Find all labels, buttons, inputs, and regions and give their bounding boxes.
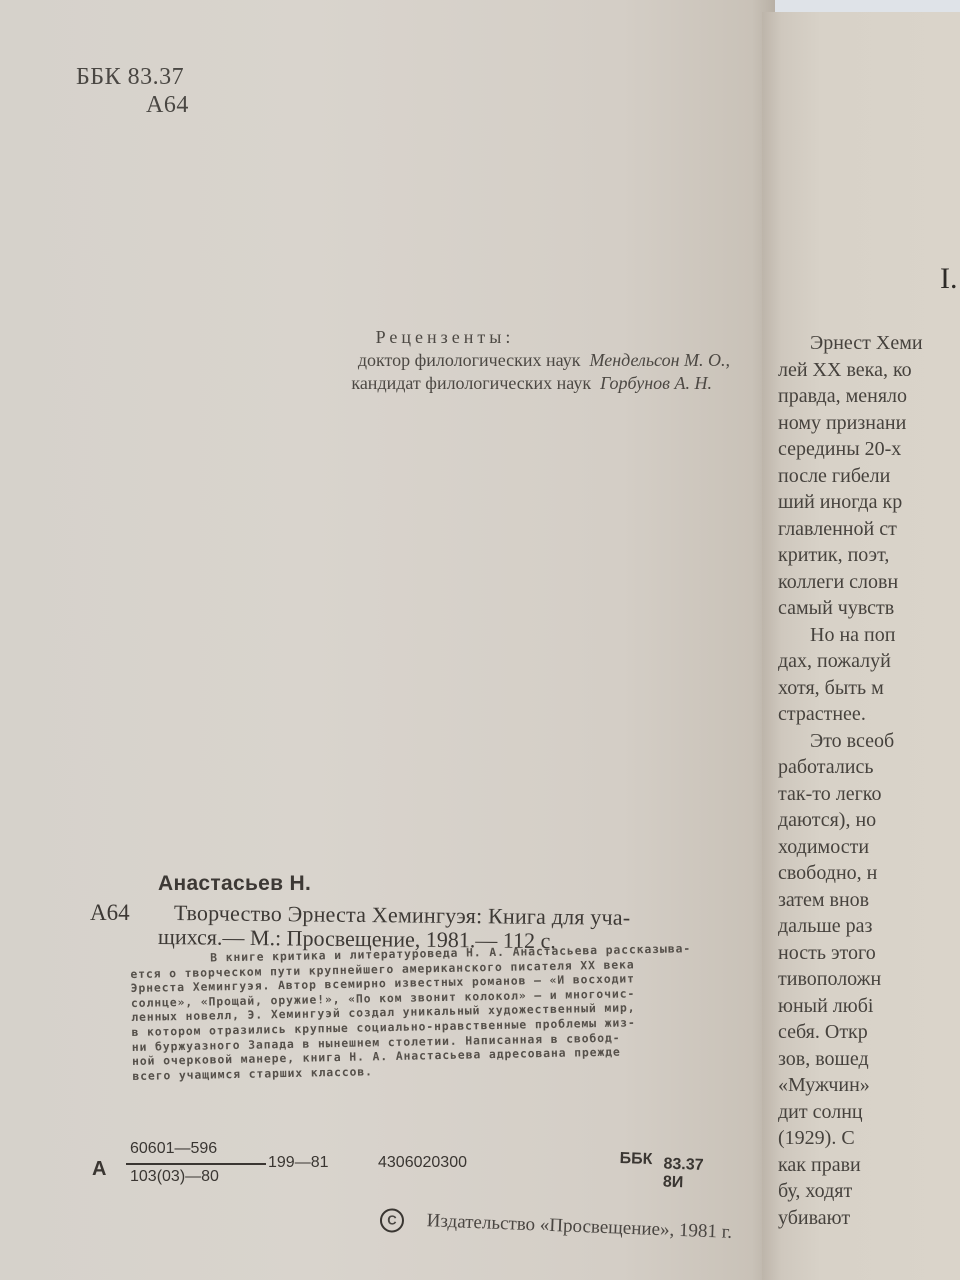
body-line: ший иногда кр	[778, 489, 923, 516]
body-line: даются), но	[778, 807, 923, 834]
reviewer-title: доктор филологических наук	[358, 350, 581, 370]
bbk-classification-top: ББК 83.37 А64	[76, 64, 184, 90]
copyright-line: C Издательство «Просвещение», 1981 г.	[380, 1208, 733, 1246]
bbk-value: 83.37	[663, 1156, 704, 1175]
body-line: самый чувств	[778, 595, 923, 622]
body-line: Но на поп	[778, 622, 923, 649]
bbk-value-secondary: 8И	[663, 1174, 684, 1193]
body-line: зов, вошед	[778, 1046, 923, 1073]
body-line: себя. Откр	[778, 1019, 923, 1046]
body-line: страстнее.	[778, 701, 923, 728]
reviewer-name: Мендельсон М. О.,	[589, 350, 730, 370]
isbn-number: 4306020300	[378, 1154, 467, 1172]
right-page: I. « Эрнест Хеми лей XX века, ко правда,…	[762, 12, 960, 1280]
author-code: А64	[146, 92, 189, 118]
index-denominator: 103(03)—80	[130, 1168, 219, 1186]
body-line: дах, пожалуй	[778, 648, 923, 675]
copyright-icon: C	[380, 1208, 405, 1233]
index-tail: 199—81	[268, 1154, 329, 1172]
body-line: Это всеоб	[778, 728, 923, 755]
reviewer-name: Горбунов А. Н.	[600, 373, 712, 393]
reviewer-line: доктор филологических наук Мендельсон М.…	[160, 349, 730, 372]
body-line: свободно, н	[778, 860, 923, 887]
body-line: ходимости	[778, 834, 923, 861]
card-code: А64	[90, 900, 130, 926]
card-annotation: В книге критика и литературоведа Н. А. А…	[130, 939, 822, 1084]
body-line: дальше раз	[778, 913, 923, 940]
body-line: хотя, быть м	[778, 675, 923, 702]
body-line: лей XX века, ко	[778, 357, 923, 384]
body-line: Эрнест Хеми	[778, 330, 923, 357]
body-line: бу, ходят	[778, 1178, 923, 1205]
body-line: «Мужчин»	[778, 1072, 923, 1099]
chapter-heading: I. «	[940, 262, 960, 296]
body-line: ному признани	[778, 410, 923, 437]
body-line: середины 20-х	[778, 436, 923, 463]
copyright-text: Издательство «Просвещение», 1981 г.	[426, 1210, 732, 1243]
body-line: после гибели	[778, 463, 923, 490]
body-line: дит солнц	[778, 1099, 923, 1126]
body-line: правда, меняло	[778, 383, 923, 410]
body-line: тивоположн	[778, 966, 923, 993]
body-line: убивают	[778, 1205, 923, 1232]
index-numerator: 60601—596	[130, 1140, 217, 1158]
body-line: затем внов	[778, 887, 923, 914]
bbk-label: ББК	[619, 1150, 652, 1169]
body-line: так-то легко	[778, 781, 923, 808]
reviewer-title: кандидат филологических наук	[351, 373, 591, 393]
body-line: главленной ст	[778, 516, 923, 543]
body-line: коллеги словн	[778, 569, 923, 596]
reviewers-heading: Рецензенты:	[160, 326, 730, 349]
body-line: как прави	[778, 1152, 923, 1179]
body-line: (1929). С	[778, 1125, 923, 1152]
reviewers-block: Рецензенты: доктор филологических наук М…	[160, 326, 730, 395]
body-line: ность этого	[778, 940, 923, 967]
body-line: критик, поэт,	[778, 542, 923, 569]
index-letter: А	[92, 1158, 106, 1181]
body-line: работались	[778, 754, 923, 781]
body-line: юный любі	[778, 993, 923, 1020]
reviewer-line: кандидат филологических наук Горбунов А.…	[160, 372, 730, 395]
card-author: Анастасьев Н.	[158, 872, 311, 896]
fraction-bar	[126, 1163, 266, 1165]
bbk-label: ББК 83.37	[76, 64, 184, 90]
chapter-body: Эрнест Хеми лей XX века, ко правда, меня…	[778, 330, 923, 1231]
left-page: ББК 83.37 А64 Рецензенты: доктор филолог…	[0, 0, 775, 1280]
